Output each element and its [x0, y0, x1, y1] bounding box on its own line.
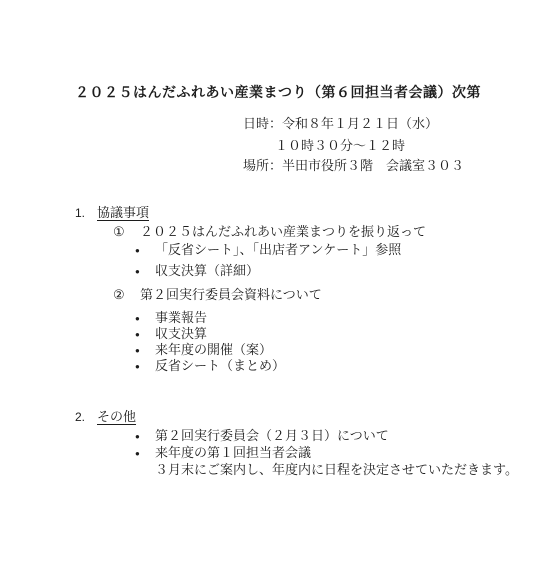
bullet-icon: ● — [135, 328, 155, 342]
list-item: ●第２回実行委員会（２月３日）について — [135, 429, 389, 444]
list-item: ●来年度の開催（案） — [135, 343, 272, 358]
bullet-icon: ● — [135, 312, 155, 326]
list-item: ●収支決算（詳細） — [135, 264, 259, 279]
list-item: ●反省シート（まとめ） — [135, 359, 285, 374]
agenda-item-2: ②第２回実行委員会資料について — [113, 288, 322, 302]
section-2-heading: 2.その他 — [75, 410, 136, 424]
agenda-item-2-text: 第２回実行委員会資料について — [140, 287, 322, 302]
list-item: ●収支決算 — [135, 327, 207, 342]
list-item-text: 反省シート（まとめ） — [155, 358, 285, 373]
section-1-heading: 1.協議事項 — [75, 206, 149, 220]
list-item-text: 収支決算（詳細） — [155, 263, 259, 278]
agenda-item-1: ①２０２５はんだふれあい産業まつりを振り返って — [113, 225, 426, 239]
bullet-icon: ● — [135, 244, 155, 258]
list-item-text: 第２回実行委員会（２月３日）について — [155, 428, 389, 443]
list-item-note: ３月末にご案内し、年度内に日程を決定させていただきます。 — [155, 463, 518, 477]
meeting-time-line: １０時３０分～１２時 — [275, 139, 405, 153]
document-title: ２０２５はんだふれあい産業まつり（第６回担当者会議）次第 — [0, 84, 556, 100]
list-item: ●「反省シート」、「出店者アンケート」参照 — [135, 243, 401, 258]
document-page: ２０２５はんだふれあい産業まつり（第６回担当者会議）次第 日時：令和８年１月２１… — [0, 0, 556, 581]
circled-number-icon: ② — [113, 288, 140, 302]
list-item: ●事業報告 — [135, 311, 207, 326]
section-2-heading-text: その他 — [97, 409, 136, 424]
list-item-text: 来年度の第１回担当者会議 — [155, 445, 311, 460]
bullet-icon: ● — [135, 265, 155, 279]
agenda-item-1-text: ２０２５はんだふれあい産業まつりを振り返って — [140, 224, 426, 239]
meeting-location-line: 場所：半田市役所３階 会議室３０３ — [243, 159, 464, 173]
bullet-icon: ● — [135, 430, 155, 444]
list-item-text: 事業報告 — [155, 310, 207, 325]
list-item: ●来年度の第１回担当者会議 — [135, 446, 311, 461]
list-item-text: 収支決算 — [155, 326, 207, 341]
section-1-number: 1. — [75, 206, 97, 220]
meeting-datetime-line: 日時：令和８年１月２１日（水） — [243, 117, 438, 131]
list-item-text: 「反省シート」、「出店者アンケート」参照 — [155, 242, 401, 257]
section-1-heading-text: 協議事項 — [97, 205, 149, 220]
section-2-number: 2. — [75, 410, 97, 424]
bullet-icon: ● — [135, 447, 155, 461]
circled-number-icon: ① — [113, 225, 140, 239]
list-item-text: 来年度の開催（案） — [155, 342, 272, 357]
bullet-icon: ● — [135, 360, 155, 374]
bullet-icon: ● — [135, 344, 155, 358]
